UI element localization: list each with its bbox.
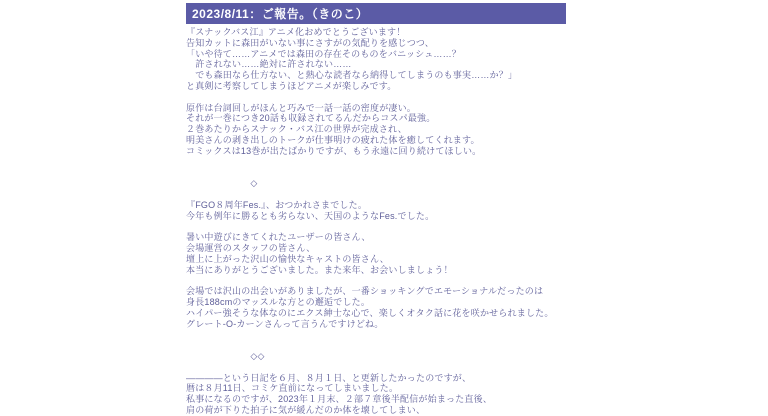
diary-page: 2023/8/11：ご報告。（きのこ） 『スナックバス江』アニメ化おめでとうござ… — [0, 0, 768, 416]
diary-entry-text: 『スナックバス江』アニメ化おめでとうございます！ 告知カットに森田がいない事にさ… — [186, 27, 566, 416]
entry-title: 2023/8/11：ご報告。（きのこ） — [192, 5, 368, 22]
entry-title-bar: 2023/8/11：ご報告。（きのこ） — [186, 3, 566, 24]
